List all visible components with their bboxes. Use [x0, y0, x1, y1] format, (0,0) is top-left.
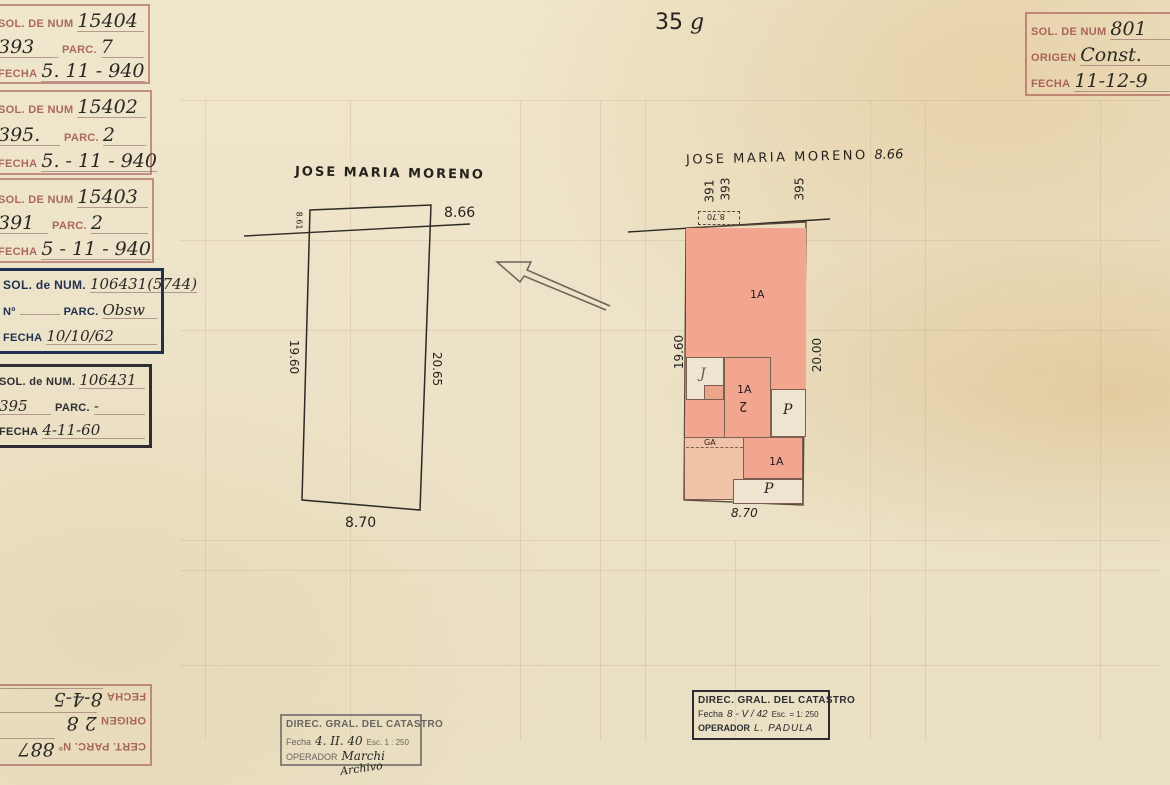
stamp-scale: Esc. = 1: 250	[772, 710, 819, 719]
front-box: 8.70	[698, 211, 740, 225]
stamp-label: OPERADOR	[698, 723, 750, 733]
room-label: GA	[704, 438, 716, 447]
catastro-title: DIREC. GRAL. DEL CATASTRO	[698, 695, 824, 706]
garage-line	[686, 447, 743, 448]
house-number-395: 395	[792, 178, 806, 201]
right-side-dim: 20.65	[430, 352, 444, 386]
stamp-value: 4. II. 40	[315, 734, 363, 748]
room-1a-mid	[724, 357, 771, 438]
stamp-value: 8 - V / 42	[727, 709, 768, 720]
catastro-title: DIREC. GRAL. DEL CATASTRO	[286, 719, 416, 730]
house-number-391: 391	[702, 180, 716, 203]
back-dim-right: 8.70	[731, 506, 758, 520]
back-dim-left: 8.70	[345, 515, 376, 531]
room-label: 1A	[750, 288, 765, 301]
room-label: J	[700, 366, 706, 382]
front-box-label: 8.70	[707, 212, 725, 221]
room-label: P	[783, 402, 792, 418]
frontage-right: 8.66	[874, 147, 903, 163]
left-side-dim-right-plan: 19.60	[672, 335, 686, 369]
left-side-dim: 19.60	[287, 340, 301, 374]
room-main-ext2	[771, 356, 806, 390]
stamp-label: OPERADOR	[286, 752, 338, 762]
room-label: 1A	[737, 383, 752, 396]
catastro-stamp-left: DIREC. GRAL. DEL CATASTRO Fecha 4. II. 4…	[280, 714, 422, 766]
stamp-label: Fecha	[286, 737, 311, 747]
room-label: 2	[739, 398, 747, 413]
lot-outlines	[0, 0, 1170, 785]
frontage-left: 8.66	[444, 205, 475, 221]
stamp-label: Fecha	[698, 709, 723, 719]
right-side-dim-right-plan: 20.00	[810, 338, 824, 372]
room-small	[704, 385, 724, 400]
tick-left: 8.61	[294, 212, 303, 230]
house-number-393: 393	[718, 178, 732, 201]
room-label: 1A	[769, 455, 784, 468]
stamp-value: L. PADULA	[754, 723, 813, 734]
catastro-stamp-right: DIREC. GRAL. DEL CATASTRO Fecha 8 - V / …	[692, 690, 830, 740]
room-label: P	[764, 481, 773, 497]
stamp-scale: Esc. 1 : 250	[367, 738, 409, 747]
cadastral-sheet: 35 g SOL. DE NUM15404 393PARC.7 FECHA5. …	[0, 0, 1170, 785]
room-main	[686, 228, 806, 358]
